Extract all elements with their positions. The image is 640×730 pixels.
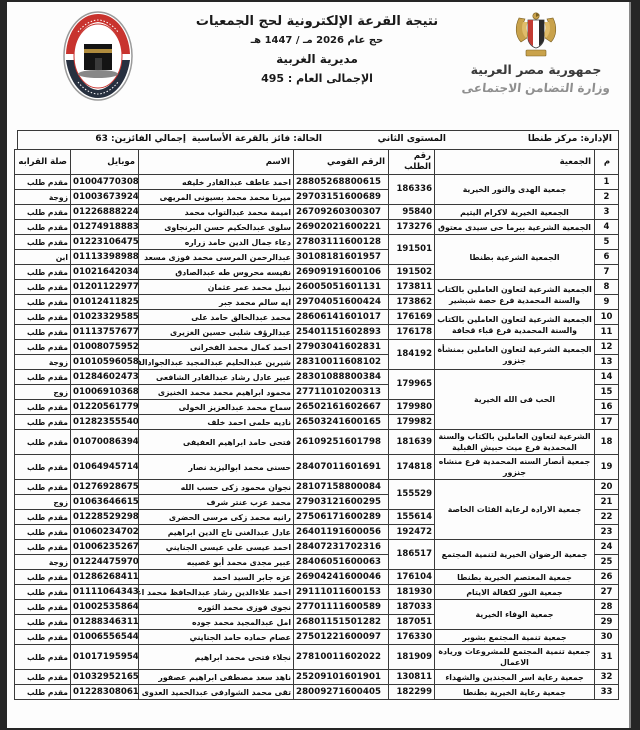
request-number: 179965 [389, 370, 435, 400]
relationship: مقدم طلب [15, 480, 71, 495]
national-id: 25401151602893 [294, 325, 389, 340]
applicant-name: نجوى فوزى محمد الثوره [139, 600, 294, 615]
row-number: 27 [595, 585, 619, 600]
national-id: 27506171600289 [294, 510, 389, 525]
column-header-mobile: موبايل [71, 150, 139, 175]
national-id: 25209101601901 [294, 670, 389, 685]
national-id: 28805268800615 [294, 175, 389, 190]
row-number: 1 [595, 175, 619, 190]
relationship: زوجة [15, 555, 71, 570]
national-id: 29703151600689 [294, 190, 389, 205]
row-number: 13 [595, 355, 619, 370]
national-id: 28107158800084 [294, 480, 389, 495]
mobile-number: 01113757677 [71, 325, 139, 340]
relationship: مقدم طلب [15, 235, 71, 250]
association-name: جمعية الرضوان الخيرية لتنمية المجتمع [435, 540, 595, 570]
row-number: 22 [595, 510, 619, 525]
applicant-name: محمد عبدالخالق حامد على [139, 310, 294, 325]
national-id: 29111011600153 [294, 585, 389, 600]
applicant-name: ميرنا محمد محمد بسيونى المريهى [139, 190, 294, 205]
national-id: 26902021600221 [294, 220, 389, 235]
mobile-number: 01111064343 [71, 585, 139, 600]
egypt-eagle-icon [513, 10, 559, 60]
mobile-number: 01201122977 [71, 280, 139, 295]
hajj-year: حج عام 2026 مـ / 1447 هـ [157, 35, 477, 46]
request-number: 176104 [389, 570, 435, 585]
relationship: مقدم طلب [15, 265, 71, 280]
request-number: 186336 [389, 175, 435, 205]
relationship: مقدم طلب [15, 310, 71, 325]
table-row: 28جمعية الوفاء الخيرية187033277011116005… [15, 600, 619, 615]
relationship: زوج [15, 495, 71, 510]
applicant-name: عبدالرؤف شلبى حسين الغزيرى [139, 325, 294, 340]
results-table: مالجمعيةرقم الطلبالرقم القوميالاسمموبايل… [14, 149, 619, 700]
national-id: 26502161602667 [294, 400, 389, 415]
association-name: الجمعية الشرعية ببرما حى سيدى معتوق [435, 220, 595, 235]
table-row: 12الجمعية الشرعية لتعاون العاملين بمنشأة… [15, 340, 619, 355]
applicant-name: ناديه حلمى احمد خلف [139, 415, 294, 430]
applicant-name: عادل عبدالغنى تاج الدين ابراهيم [139, 525, 294, 540]
row-number: 9 [595, 295, 619, 310]
national-id: 27701111600589 [294, 600, 389, 615]
applicant-name: عصام حماده حامد الجنايني [139, 630, 294, 645]
mobile-number: 01220561779 [71, 400, 139, 415]
relationship: مقدم طلب [15, 340, 71, 355]
directorate-name: مديرية الغربية [157, 52, 477, 66]
request-number: 181909 [389, 645, 435, 670]
column-header-national-id: الرقم القومي [294, 150, 389, 175]
row-number: 10 [595, 310, 619, 325]
row-number: 6 [595, 250, 619, 265]
row-number: 15 [595, 385, 619, 400]
table-row: 27جمعية النور لكفالة الايتام181930291110… [15, 585, 619, 600]
applicant-name: احمد كمال محمد الفخرانى [139, 340, 294, 355]
relationship: مقدم طلب [15, 615, 71, 630]
row-number: 7 [595, 265, 619, 280]
request-number: 176169 [389, 310, 435, 325]
table-row: 14الحب فى الله الخيرية179965283010888003… [15, 370, 619, 385]
table-row: 1جمعية الهدى والنور الخيرية1863362880526… [15, 175, 619, 190]
applicant-name: احمد عيسى على عيسى الجنايني [139, 540, 294, 555]
title-block: نتيجة القرعة الإلكترونية لحج الجمعيات حج… [157, 14, 477, 85]
applicant-name: فتحى حامد ابراهيم العفيفى [139, 430, 294, 455]
association-name: جمعية تنمية المجتمع للمشروعات وريادة الا… [435, 645, 595, 670]
association-name: الشرعية لتعاون العاملين بالكتاب والسنة ا… [435, 430, 595, 455]
request-number: 179980 [389, 400, 435, 415]
applicant-name: اميمة محمد عبدالتواب محمد [139, 205, 294, 220]
mobile-number: 01003673924 [71, 190, 139, 205]
national-id: 28606141601017 [294, 310, 389, 325]
table-row: 31جمعية تنمية المجتمع للمشروعات وريادة ا… [15, 645, 619, 670]
request-number: 186517 [389, 540, 435, 570]
mobile-number: 01064945714 [71, 455, 139, 480]
national-id: 28407011601691 [294, 455, 389, 480]
applicant-name: محمد عزب عنتر شرف [139, 495, 294, 510]
relationship: مقدم طلب [15, 685, 71, 700]
mobile-number: 01032952165 [71, 670, 139, 685]
relationship: ابن [15, 250, 71, 265]
column-header-relationship: صلة القرابه [15, 150, 71, 175]
mobile-number: 01226888224 [71, 205, 139, 220]
applicant-name: سماح محمد عبدالعزيز الخولى [139, 400, 294, 415]
table-header-row: مالجمعيةرقم الطلبالرقم القوميالاسمموبايل… [15, 150, 619, 175]
mobile-number: 01010596058 [71, 355, 139, 370]
relationship: مقدم طلب [15, 540, 71, 555]
request-number: 179982 [389, 415, 435, 430]
request-number: 181930 [389, 585, 435, 600]
national-id: 29704051600424 [294, 295, 389, 310]
ministry-name: وزارة التضامن الاجتماعى [460, 81, 611, 95]
mobile-number: 01284602473 [71, 370, 139, 385]
applicant-name: رانيه محمد زكى مرسى الحضرى [139, 510, 294, 525]
relationship: مقدم طلب [15, 430, 71, 455]
table-row: 10الجمعية الشرعية لتعاون العاملين بالكتا… [15, 310, 619, 325]
request-number: 184192 [389, 340, 435, 370]
table-row: 18الشرعية لتعاون العاملين بالكتاب والسنة… [15, 430, 619, 455]
applicant-name: حسنى محمد ابواليزيد نصار [139, 455, 294, 480]
relationship: مقدم طلب [15, 280, 71, 295]
row-number: 30 [595, 630, 619, 645]
row-number: 2 [595, 190, 619, 205]
applicant-name: ايه سالم محمد جبر [139, 295, 294, 310]
row-number: 23 [595, 525, 619, 540]
association-name: جمعية رعاية اسر المجندين والشهداء [435, 670, 595, 685]
column-header-association: الجمعية [435, 150, 595, 175]
request-number: 155529 [389, 480, 435, 510]
mobile-number: 01288346311 [71, 615, 139, 630]
relationship: مقدم طلب [15, 600, 71, 615]
applicant-name: ناهد سعد مصطفى ابراهيم عصفور [139, 670, 294, 685]
relationship: مقدم طلب [15, 175, 71, 190]
request-number: 173862 [389, 295, 435, 310]
row-number: 17 [595, 415, 619, 430]
row-number: 8 [595, 280, 619, 295]
request-number: 182299 [389, 685, 435, 700]
row-number: 5 [595, 235, 619, 250]
national-id: 28009271600405 [294, 685, 389, 700]
national-id: 27501221600097 [294, 630, 389, 645]
national-id: 28301088800384 [294, 370, 389, 385]
association-name: جمعية تنمية المجتمع بشوبر [435, 630, 595, 645]
national-id: 26709260300307 [294, 205, 389, 220]
association-name: الجمعية الشرعية بطنطا [435, 235, 595, 280]
mobile-number: 01223106475 [71, 235, 139, 250]
request-number: 174818 [389, 455, 435, 480]
applicant-name: نجوان محمود زكى حسب الله [139, 480, 294, 495]
document-page: جمهورية مصر العربية وزارة التضامن الاجتم… [7, 2, 631, 728]
national-id: 27711010200313 [294, 385, 389, 400]
mobile-number: 01274918883 [71, 220, 139, 235]
mobile-number: 01224475970 [71, 555, 139, 570]
scanned-document: { "header": { "gov_name": "جمهورية مصر ا… [0, 0, 640, 730]
national-id: 26503241600165 [294, 415, 389, 430]
request-number: 130811 [389, 670, 435, 685]
mobile-number: 01276928675 [71, 480, 139, 495]
national-id: 28407231702316 [294, 540, 389, 555]
applicant-name: نفيسه محروس طه عبدالصادق [139, 265, 294, 280]
national-id: 27803111600128 [294, 235, 389, 250]
government-name: جمهورية مصر العربية [461, 62, 611, 77]
relationship: مقدم طلب [15, 525, 71, 540]
request-number: 155614 [389, 510, 435, 525]
relationship: مقدم طلب [15, 585, 71, 600]
association-name: جمعية الهدى والنور الخيرية [435, 175, 595, 205]
mobile-number: 01023329585 [71, 310, 139, 325]
request-number: 173276 [389, 220, 435, 235]
row-number: 12 [595, 340, 619, 355]
national-id: 28310011608102 [294, 355, 389, 370]
row-number: 14 [595, 370, 619, 385]
row-number: 28 [595, 600, 619, 615]
table-row: 4الجمعية الشرعية ببرما حى سيدى معتوق1732… [15, 220, 619, 235]
applicant-name: نبيل محمد عمر عثمان [139, 280, 294, 295]
row-number: 29 [595, 615, 619, 630]
mobile-number: 01282355540 [71, 415, 139, 430]
national-id: 26109251601798 [294, 430, 389, 455]
table-row: 33جمعية رعاية الخيرية بطنطا1822992800927… [15, 685, 619, 700]
government-block: جمهورية مصر العربية وزارة التضامن الاجتم… [461, 10, 611, 95]
association-name: الجمعية الشرعية لتعاون العاملين بالكتاب … [435, 310, 595, 340]
relationship: مقدم طلب [15, 630, 71, 645]
association-name: الحب فى الله الخيرية [435, 370, 595, 430]
mobile-number: 01228529298 [71, 510, 139, 525]
relationship: زوجة [15, 190, 71, 205]
page-title: نتيجة القرعة الإلكترونية لحج الجمعيات [157, 14, 477, 29]
national-id: 26401191600056 [294, 525, 389, 540]
relationship: مقدم طلب [15, 455, 71, 480]
request-number: 176330 [389, 630, 435, 645]
column-header-name: الاسم [139, 150, 294, 175]
mobile-number: 01070086394 [71, 430, 139, 455]
table-row: 3الجمعية الخيرية لاكرام اليتيم9584026709… [15, 205, 619, 220]
mobile-number: 01113398988 [71, 250, 139, 265]
association-name: الجمعية الخيرية لاكرام اليتيم [435, 205, 595, 220]
row-number: 31 [595, 645, 619, 670]
grand-total: الإجمالى العام : 495 [157, 72, 477, 85]
mobile-number: 01006556544 [71, 630, 139, 645]
row-number: 11 [595, 325, 619, 340]
national-id: 26801151501282 [294, 615, 389, 630]
relationship: مقدم طلب [15, 370, 71, 385]
association-name: جمعية الوفاء الخيرية [435, 600, 595, 630]
relationship: مقدم طلب [15, 570, 71, 585]
national-id: 27903041602831 [294, 340, 389, 355]
applicant-name: دعاء جمال الدين حامد زراره [139, 235, 294, 250]
table-row: 19جمعية أنصار السنه المحمدية فرع منشاه ج… [15, 455, 619, 480]
national-id: 26909191600106 [294, 265, 389, 280]
table-row: 26جمعية المعتصم الخيرية بطنطا17610426904… [15, 570, 619, 585]
administration-label: الإدارة: مركز طنطا [528, 134, 612, 144]
national-id: 27903121600295 [294, 495, 389, 510]
column-header-row-number: م [595, 150, 619, 175]
row-number: 3 [595, 205, 619, 220]
column-header-request-number: رقم الطلب [389, 150, 435, 175]
row-number: 16 [595, 400, 619, 415]
total-winners-label: إجمالي الفائزين: 63 [95, 134, 186, 144]
mobile-number: 01228308061 [71, 685, 139, 700]
row-number: 21 [595, 495, 619, 510]
association-name: الجمعية الشرعية لتعاون العاملين بمنشأة ج… [435, 340, 595, 370]
relationship: زوجة [15, 355, 71, 370]
row-number: 26 [595, 570, 619, 585]
national-id: 30108181601957 [294, 250, 389, 265]
mobile-number: 01286268411 [71, 570, 139, 585]
association-name: جمعية أنصار السنه المحمدية فرع منشاه جنز… [435, 455, 595, 480]
applicant-name: احمد علاءالدين رشاد عبدالحافظ محمد اغا [139, 585, 294, 600]
mobile-number: 01006910368 [71, 385, 139, 400]
row-number: 32 [595, 670, 619, 685]
row-number: 24 [595, 540, 619, 555]
status-label: الحالة: فائز بالقرعة الأساسية [192, 134, 322, 144]
mobile-number: 01008075952 [71, 340, 139, 355]
summary-info-bar: الإدارة: مركز طنطا المستوى الثاني الحالة… [17, 130, 619, 150]
request-number: 187051 [389, 615, 435, 630]
row-number: 33 [595, 685, 619, 700]
mobile-number: 01060234702 [71, 525, 139, 540]
applicant-name: محمود ابراهيم محمد محمد الخنيزى [139, 385, 294, 400]
relationship: مقدم طلب [15, 670, 71, 685]
applicant-name: عبدالرحمن المرسى محمد فوزى مسعد [139, 250, 294, 265]
relationship: مقدم طلب [15, 205, 71, 220]
applicant-name: سلوى عبدالحكيم حسن البرنجاوى [139, 220, 294, 235]
request-number: 176178 [389, 325, 435, 340]
request-number: 173811 [389, 280, 435, 295]
national-id: 26005051601131 [294, 280, 389, 295]
association-name: جمعية رعاية الخيرية بطنطا [435, 685, 595, 700]
association-name: جمعية النور لكفالة الايتام [435, 585, 595, 600]
row-number: 18 [595, 430, 619, 455]
mobile-number: 01012411825 [71, 295, 139, 310]
results-table-body: 1جمعية الهدى والنور الخيرية1863362880526… [15, 175, 619, 700]
association-name: جمعية الارادة لرعاية الفئات الخاصة [435, 480, 595, 540]
request-number: 181639 [389, 430, 435, 455]
relationship: مقدم طلب [15, 645, 71, 670]
applicant-name: احمد عاطف عبدالقادر خليفه [139, 175, 294, 190]
row-number: 25 [595, 555, 619, 570]
table-row: 32جمعية رعاية اسر المجندين والشهداء13081… [15, 670, 619, 685]
mobile-number: 01063646615 [71, 495, 139, 510]
applicant-name: شيرين عبدالحليم عبدالمجيد عبدالجوادالقاض… [139, 355, 294, 370]
association-name: الجمعية الشرعية لتعاون العاملين بالكتاب … [435, 280, 595, 310]
applicant-name: نجلاء فتحى محمد ابراهيم [139, 645, 294, 670]
relationship: مقدم طلب [15, 220, 71, 235]
mobile-number: 01004770308 [71, 175, 139, 190]
applicant-name: عبير عادل رشاد عبدالقادر الشافعى [139, 370, 294, 385]
relationship: مقدم طلب [15, 510, 71, 525]
association-name: جمعية المعتصم الخيرية بطنطا [435, 570, 595, 585]
level-label: المستوى الثاني [378, 134, 446, 144]
kaaba-seal-icon [62, 10, 134, 106]
relationship: مقدم طلب [15, 415, 71, 430]
row-number: 4 [595, 220, 619, 235]
mobile-number: 01006235267 [71, 540, 139, 555]
table-row: 30جمعية تنمية المجتمع بشوبر1763302750122… [15, 630, 619, 645]
relationship: مقدم طلب [15, 325, 71, 340]
table-row: 5الجمعية الشرعية بطنطا191501278031116001… [15, 235, 619, 250]
applicant-name: عزه جابر السيد احمد [139, 570, 294, 585]
request-number: 95840 [389, 205, 435, 220]
applicant-name: تقى محمد الشوادفى عبدالحميد العدوى [139, 685, 294, 700]
request-number: 187033 [389, 600, 435, 615]
relationship: مقدم طلب [15, 400, 71, 415]
mobile-number: 01021642034 [71, 265, 139, 280]
mobile-number: 01002535864 [71, 600, 139, 615]
relationship: مقدم طلب [15, 295, 71, 310]
national-id: 26904241600046 [294, 570, 389, 585]
row-number: 19 [595, 455, 619, 480]
applicant-name: عبير مجدى محمد أبو غصيبه [139, 555, 294, 570]
request-number: 191501 [389, 235, 435, 265]
table-row: 20جمعية الارادة لرعاية الفئات الخاصة1555… [15, 480, 619, 495]
table-row: 24جمعية الرضوان الخيرية لتنمية المجتمع18… [15, 540, 619, 555]
national-id: 27810011602022 [294, 645, 389, 670]
table-row: 8الجمعية الشرعية لتعاون العاملين بالكتاب… [15, 280, 619, 295]
relationship: زوج [15, 385, 71, 400]
request-number: 192472 [389, 525, 435, 540]
applicant-name: امل عبدالمجيد محمد جوده [139, 615, 294, 630]
mobile-number: 01017195954 [71, 645, 139, 670]
request-number: 191502 [389, 265, 435, 280]
document-header: جمهورية مصر العربية وزارة التضامن الاجتم… [7, 2, 629, 124]
row-number: 20 [595, 480, 619, 495]
national-id: 28406051600063 [294, 555, 389, 570]
